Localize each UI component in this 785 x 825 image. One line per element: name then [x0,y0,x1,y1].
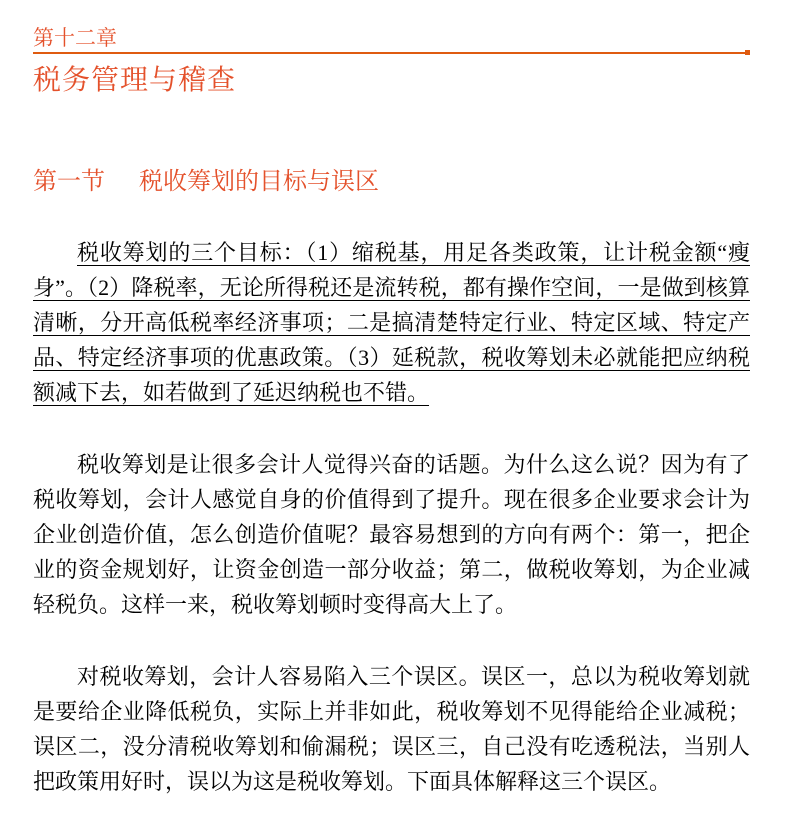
paragraph-misconceptions: 对税收筹划，会计人容易陷入三个误区。误区一，总以为税收筹划就是要给企业降低税负，… [33,659,750,799]
chapter-title: 税务管理与稽查 [33,63,750,99]
paragraph-excitement: 税收筹划是让很多会计人觉得兴奋的话题。为什么这么说？因为有了税收筹划，会计人感觉… [33,447,750,622]
chapter-label: 第十二章 [33,26,750,50]
section-heading: 第一节税收筹划的目标与误区 [33,167,750,197]
section-number: 第一节 [33,169,105,195]
chapter-rule-divider [33,52,750,54]
paragraph-goals: 税收筹划的三个目标：（1）缩税基，用足各类政策，让计税金额“瘦身”。（2）降税率… [33,235,750,410]
document-page: 第十二章 税务管理与稽查 第一节税收筹划的目标与误区 税收筹划的三个目标：（1）… [0,0,785,825]
section-title: 税收筹划的目标与误区 [139,169,379,195]
